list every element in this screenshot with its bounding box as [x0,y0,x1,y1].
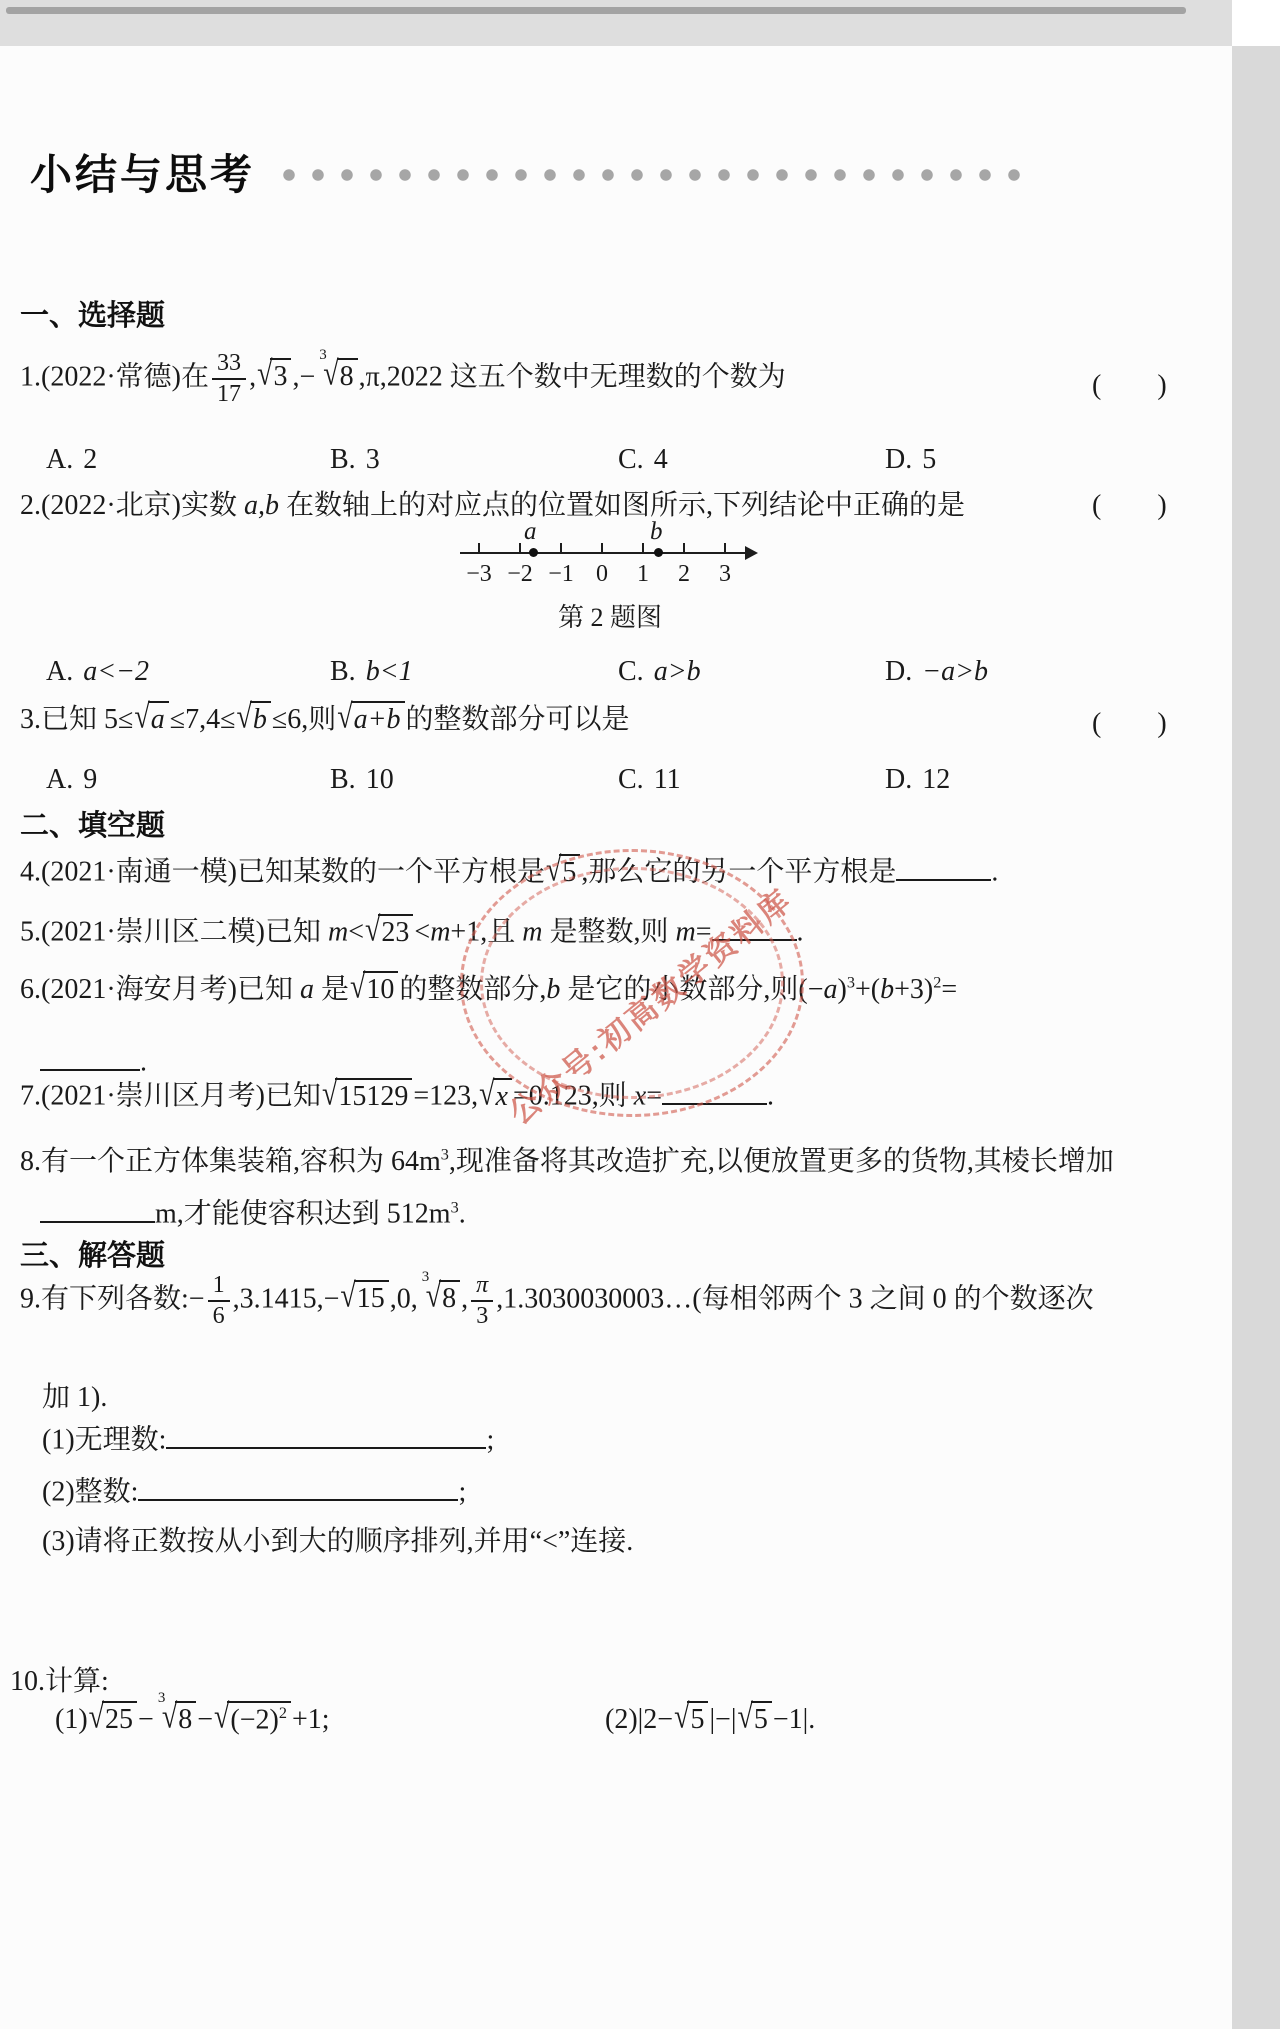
number-line-diagram: −3 −2 −1 0 1 2 3 a b [460,524,760,596]
dotted-leader-icon [281,167,1036,183]
radicand: 25 [102,1701,137,1736]
text-run: = [941,974,957,1005]
text-run: 有下列各数:− [41,1283,205,1314]
radicand: (−2)2 [227,1701,291,1737]
question-10-part-2: (2)|2−√5|−|√5−1|. [605,1700,815,1739]
fraction-numerator: 33 [212,350,246,380]
text-run: 在数轴上的对应点的位置如图所示,下列结论中正确的是 [279,490,965,521]
option-d: D.12 [885,760,950,799]
text-run: . [459,1199,466,1230]
text-run: (−2) [230,1704,278,1735]
text-run: (1)无理数: [42,1425,166,1456]
question-number: 8. [20,1146,41,1177]
option-a: A.2 [46,440,97,479]
radicand: 15 [354,1280,389,1315]
text-run: ,1.3030030003…(每相邻两个 3 之间 0 的个数逐次 [496,1283,1093,1314]
fraction-denominator: 3 [474,1302,490,1330]
option-label: A. [46,764,73,795]
fraction: π3 [471,1272,493,1330]
part-number: (2) [605,1704,638,1735]
option-value: 9 [83,764,97,795]
text-run: |2− [638,1704,673,1735]
point-a-label: a [524,514,537,549]
text-run: (2)整数: [42,1477,138,1508]
exponent: 3 [847,974,855,992]
radical-sign: √ [674,1693,689,1741]
option-a: A.9 [46,760,97,799]
text-run: ,π,2022 这五个数中无理数的个数为 [359,361,786,392]
square-root: √(−2)2 [214,1700,291,1739]
radical-sign: √ [365,906,380,954]
square-root: √23 [365,913,413,952]
question-8-continuation: m,才能使容积达到 512m3. [40,1194,1265,1234]
question-number: 7. [20,1081,41,1112]
square-root: √5 [737,1700,771,1739]
figure-caption: 第 2 题图 [460,600,760,636]
fraction-denominator: 6 [211,1302,227,1330]
page-header: 小结与思考 [30,146,1220,205]
point-a-dot [529,548,538,557]
option-d: D.−a>b [885,652,988,691]
fraction-numerator: π [471,1272,493,1302]
square-root: √3 [257,357,291,396]
tick-label: −3 [464,558,494,592]
cube-root: 3√8 [426,1279,460,1318]
option-a: A.a<−2 [46,652,149,691]
tick-label: 0 [587,558,617,592]
option-value: a<−2 [83,656,149,687]
cube-root: 3√8 [323,357,357,396]
option-value: 3 [366,444,380,475]
text-run: ,现准备将其改造扩充,以便放置更多的货物,其棱长增加 [449,1146,1114,1177]
text-run: < [414,917,430,948]
tick-label: −2 [505,558,535,592]
question-number: 9. [20,1283,41,1314]
radical-sign: √ [236,693,251,741]
exponent: 3 [451,1198,459,1216]
text-run: < [348,917,364,948]
question-2: 2.(2022·北京)实数 a,b 在数轴上的对应点的位置如图所示,下列结论中正… [20,486,1245,525]
number-line-axis [460,552,748,554]
answer-blank [166,1420,486,1449]
fraction: 16 [208,1272,230,1330]
radicand: a [148,701,169,736]
text-run: . [991,857,998,888]
tick [642,543,644,553]
radical-sign: √ [134,693,149,741]
question-10: 10.计算: [10,1662,1235,1701]
radicand: 3 [270,358,291,393]
math-variable: b [880,974,894,1005]
radicand: b [250,701,271,736]
option-value: b<1 [366,656,413,687]
tick-label: −1 [546,558,576,592]
option-value: −a>b [922,656,988,687]
answer-blank [40,1042,140,1071]
square-root: √a+b [337,700,404,739]
question-10-parts: (1)√25−3√8−√(−2)2+1; (2)|2−√5|−|√5−1|. [20,1700,1245,1760]
fraction-denominator: 17 [215,380,243,408]
tick-label: 2 [669,558,699,592]
question-3: 3.已知 5≤√a≤7,4≤√b≤6,则√a+b的整数部分可以是 ( ) [20,700,1245,739]
radical-sign: √ [426,1272,441,1320]
square-root: √b [236,700,270,739]
answer-bracket: ( ) [1092,486,1167,525]
text-run: +3) [894,974,933,1005]
square-root: √15129 [322,1077,412,1116]
radical-sign: √ [337,693,352,741]
radical-sign: √ [89,1693,104,1741]
exponent: 3 [441,1146,449,1164]
text-run: ≤7,4≤ [170,704,236,735]
radical-sign: √ [323,350,338,398]
radicand: 15129 [335,1078,412,1113]
text-run: 是 [314,974,349,1005]
part-number: (1) [55,1704,88,1735]
square-root: √25 [89,1700,137,1739]
math-variable: a [300,974,314,1005]
question-2-options: A.a<−2 B.b<1 C.a>b D.−a>b [20,652,1245,694]
answer-bracket: ( ) [1092,366,1167,405]
answer-bracket: ( ) [1092,704,1167,743]
question-number: 6. [20,974,41,1005]
square-root: √10 [350,970,398,1009]
option-value: a>b [654,656,701,687]
option-label: D. [885,444,912,475]
cube-root: 3√8 [162,1700,196,1739]
math-variable: a,b [244,490,279,521]
text-run: 的整数部分可以是 [406,704,630,735]
text-run: |−| [709,1704,736,1735]
tick [478,543,480,553]
radicand: 10 [363,971,398,1006]
text-run: ≤6,则 [272,704,336,735]
question-9-sub-1: (1)无理数:; [42,1420,1267,1460]
section-title-choice: 一、选择题 [20,296,165,337]
exponent: 2 [279,1704,287,1722]
question-9-sub-2: (2)整数:; [42,1472,1267,1512]
text-run: (3)请将正数按从小到大的顺序排列,并用“<”连接. [42,1526,633,1557]
square-root: √5 [674,1700,708,1739]
text-run: , [461,1283,468,1314]
text-run: m,才能使容积达到 512m [155,1199,451,1230]
option-d: D.5 [885,440,936,479]
option-label: B. [330,764,356,795]
text-run: (2021·崇川区月考)已知 [41,1081,321,1112]
question-number: 1. [20,361,41,392]
question-1-options: A.2 B.3 C.4 D.5 [20,440,1245,482]
option-label: A. [46,444,73,475]
option-value: 4 [654,444,668,475]
point-b-dot [654,548,663,557]
question-9-sub-3: (3)请将正数按从小到大的顺序排列,并用“<”连接. [42,1522,1267,1561]
question-9: 9.有下列各数:−16,3.1415,−√15,0,3√8,π3,1.30300… [20,1272,1245,1330]
watermark-stamp: 公众号:初高数学资料库 [438,835,838,1145]
text-run: − [138,1704,154,1735]
option-label: A. [46,656,73,687]
stamp-ring-icon [480,867,784,1099]
option-label: B. [330,656,356,687]
text-run: , [249,361,256,392]
text-run: +( [855,974,880,1005]
question-10-part-1: (1)√25−3√8−√(−2)2+1; [55,1700,330,1739]
radicand: 5 [751,1701,772,1736]
question-9-continuation: 加 1). [42,1378,1267,1417]
radical-sign: √ [257,350,272,398]
option-label: C. [618,764,644,795]
text-run: ,− [292,361,315,392]
radicand: 8 [337,358,358,393]
question-number: 10. [10,1666,45,1697]
text-run: ,0, [390,1283,418,1314]
radicand: 8 [175,1701,196,1736]
text-run: (2022·常德)在 [41,361,209,392]
radical-sign: √ [340,1272,355,1320]
option-c: C.4 [618,440,668,479]
page-title: 小结与思考 [30,146,255,205]
answer-blank [896,852,991,881]
tick [560,543,562,553]
text-run: −1|. [773,1704,815,1735]
text-run: 已知 5≤ [41,704,133,735]
fraction: 3317 [212,350,246,408]
radicand: 8 [439,1280,460,1315]
radicand: 5 [687,1701,708,1736]
section-title-solve: 三、解答题 [20,1236,165,1277]
option-value: 5 [922,444,936,475]
option-b: B.3 [330,440,380,479]
option-value: 2 [83,444,97,475]
text-run: 加 1). [42,1382,107,1413]
scan-corner [1232,0,1280,46]
question-8: 8.有一个正方体集装箱,容积为 64m3,现准备将其改造扩充,以便放置更多的货物… [20,1142,1245,1181]
option-c: C.a>b [618,652,701,691]
radical-sign: √ [162,1693,177,1741]
option-value: 10 [366,764,394,795]
radicand: 23 [378,914,413,949]
question-3-options: A.9 B.10 C.11 D.12 [20,760,1245,802]
option-c: C.11 [618,760,681,799]
axis-arrow-icon [745,546,758,560]
tick-label: 3 [710,558,740,592]
option-value: 12 [922,764,950,795]
option-label: D. [885,656,912,687]
option-b: B.b<1 [330,652,413,691]
fraction-numerator: 1 [208,1272,230,1302]
square-root: √a [134,700,168,739]
question-1: 1.(2022·常德)在3317,√3,−3√8,π,2022 这五个数中无理数… [20,350,1245,408]
text-run: − [197,1704,213,1735]
text-run: (2021·海安月考)已知 [41,974,300,1005]
point-b-label: b [650,514,663,549]
text-run: ; [458,1477,466,1508]
section-title-fill-blank: 二、填空题 [20,806,165,847]
option-label: D. [885,764,912,795]
radicand: a+b [351,701,405,736]
option-label: C. [618,444,644,475]
tick [683,543,685,553]
option-label: C. [618,656,644,687]
option-b: B.10 [330,760,394,799]
question-number: 5. [20,917,41,948]
radical-sign: √ [737,1693,752,1741]
scan-edge-line [6,7,1186,14]
text-run: ,3.1415,− [233,1283,340,1314]
text-run: (2021·崇川区二模)已知 [41,917,328,948]
text-run: (2022·北京)实数 [41,490,244,521]
scan-edge-top [0,0,1232,46]
text-run: ; [486,1425,494,1456]
option-label: B. [330,444,356,475]
radical-sign: √ [214,1693,229,1741]
math-variable: m [328,917,348,948]
text-run: ) [838,974,847,1005]
radical-sign: √ [322,1070,337,1118]
radical-sign: √ [350,963,365,1011]
question-number: 4. [20,857,41,888]
answer-blank [40,1194,155,1223]
text-run: 有一个正方体集装箱,容积为 64m [41,1146,441,1177]
tick [601,543,603,553]
question-number: 2. [20,490,41,521]
text-run: . [140,1047,147,1078]
question-number: 3. [20,704,41,735]
square-root: √15 [340,1279,388,1318]
option-value: 11 [654,764,681,795]
tick [519,543,521,553]
text-run: +1; [292,1704,330,1735]
tick [724,543,726,553]
answer-blank [138,1472,458,1501]
tick-label: 1 [628,558,658,592]
worksheet-page: 小结与思考 一、选择题 1.(2022·常德)在3317,√3,−3√8,π,2… [0,0,1280,2029]
